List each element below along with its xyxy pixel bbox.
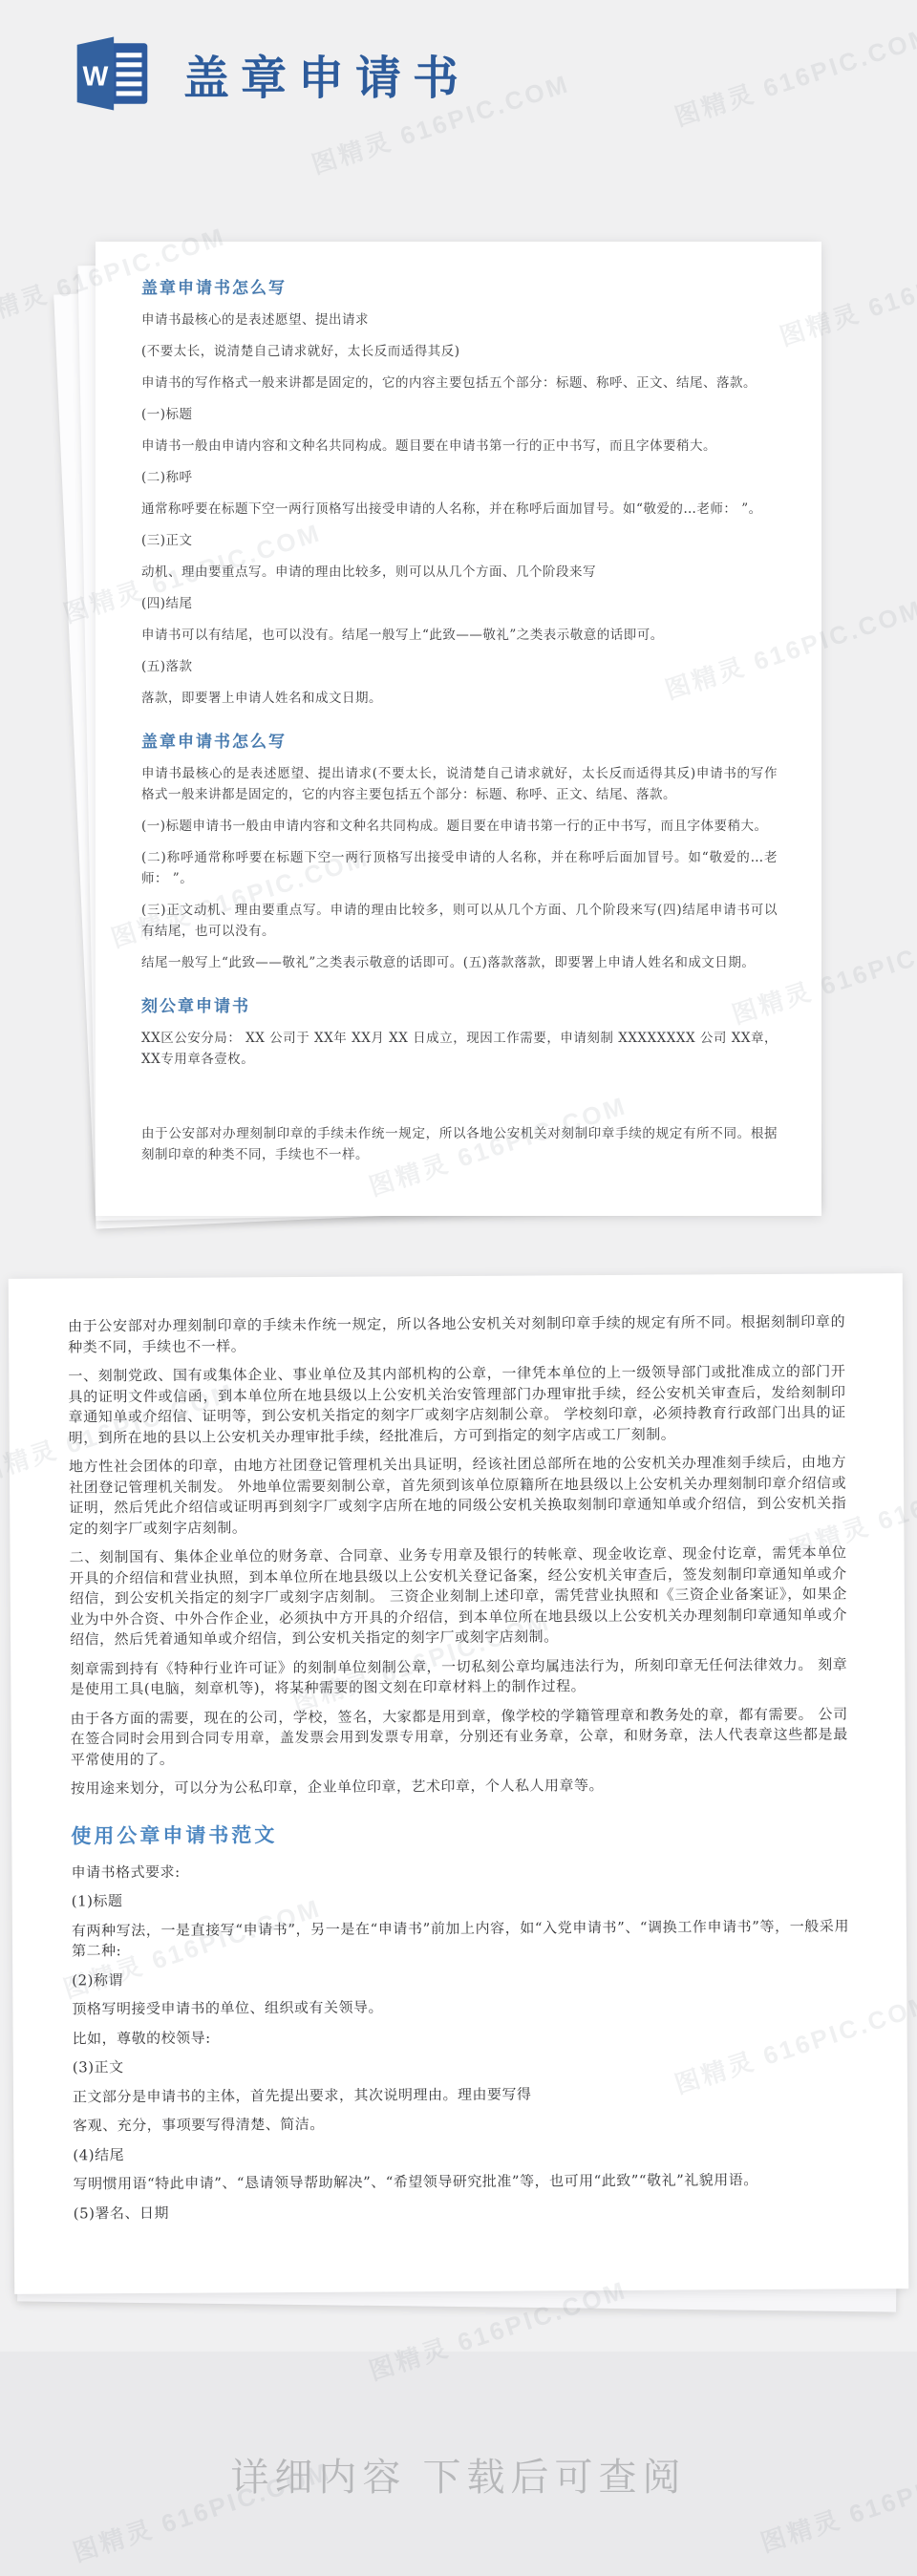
paragraph: 由于公安部对办理刻制印章的手续未作统一规定，所以各地公安机关对刻制印章手续的规定… (68, 1312, 845, 1358)
paragraph: (2)称谓 (72, 1966, 849, 1991)
paragraph: 申请书的写作格式一般来讲都是固定的，它的内容主要包括五个部分：标题、称呼、正文、… (141, 373, 778, 394)
section-heading: 刻公章申请书 (141, 992, 778, 1016)
paragraph: 申请书可以有结尾，也可以没有。结尾一般写上“此致——敬礼”之类表示敬意的话即可。 (141, 625, 778, 646)
page-header: W 盖章申请书 (0, 34, 917, 113)
paragraph: XX区公安分局： XX 公司于 XX年 XX月 XX 日成立，现因工作需要，申请… (141, 1028, 778, 1070)
paragraph: (三)正文 (141, 530, 778, 551)
paragraph: 落款，即要署上申请人姓名和成文日期。 (141, 688, 778, 709)
paragraph: (不要太长，说清楚自己请求就好，太长反而适得其反) (141, 341, 778, 362)
document-preview-sheet: 由于公安部对办理刻制印章的手续未作统一规定，所以各地公安机关对刻制印章手续的规定… (11, 1276, 906, 2291)
paragraph: 由于各方面的需要，现在的公司，学校，签名，大家都是用到章，像学校的学籍管理章和教… (71, 1704, 848, 1770)
paragraph: 正文部分是申请书的主体，首先提出要求，其次说明理由。理由要写得 (73, 2082, 850, 2107)
paragraph: 写明惯用语“特此申请”、“恳请领导帮助解决”、“希望领导研究批准”等，也可用“此… (73, 2170, 850, 2195)
paragraph: 二、刻制国有、集体企业单位的财务章、合同章、业务专用章及银行的转帐章、现金收讫章… (69, 1543, 847, 1650)
paragraph: 申请书最核心的是表述愿望、提出请求 (141, 309, 778, 330)
paragraph: 顶格写明接受申请书的单位、组织或有关领导。 (72, 1995, 849, 2020)
word-icon: W (71, 34, 159, 113)
paragraph: (五)落款 (141, 656, 778, 677)
paragraph: (三)正文动机、理由要重点写。申请的理由比较多，则可以从几个方面、几个阶段来写(… (141, 900, 778, 942)
section-heading: 盖章申请书怎么写 (141, 728, 778, 752)
paragraph: (二)称呼通常称呼要在标题下空一两行顶格写出接受申请的人名称，并在称呼后面加冒号… (141, 847, 778, 889)
section-heading: 使用公章申请书范文 (71, 1816, 848, 1849)
word-icon-letter: W (83, 62, 109, 93)
paragraph: 地方性社会团体的印章，由地方社团登记管理机关出具证明，经该社团总部所在地的公安机… (69, 1453, 847, 1540)
document-page-1: 盖章申请书怎么写申请书最核心的是表述愿望、提出请求(不要太长，说清楚自己请求就好… (96, 242, 821, 1216)
paragraph: 申请书格式要求: (71, 1858, 848, 1883)
footer-caption: 详细内容 下载后可查阅 (0, 2447, 917, 2501)
paragraph: 比如，尊敬的校领导: (73, 2024, 850, 2049)
paragraph: 刻章需到持有《特种行业许可证》的刻制单位刻制公章，一切私刻公章均属违法行为，所刻… (70, 1654, 847, 1700)
paragraph: 由于公安部对办理刻制印章的手续未作统一规定，所以各地公安机关对刻制印章手续的规定… (141, 1123, 778, 1165)
paragraph: 通常称呼要在标题下空一两行顶格写出接受申请的人名称，并在称呼后面加冒号。如“敬爱… (141, 499, 778, 520)
page-title: 盖章申请书 (183, 41, 470, 107)
paragraph: (四)结尾 (141, 593, 778, 614)
document-page-2: 由于公安部对办理刻制印章的手续未作统一规定，所以各地公安机关对刻制印章手续的规定… (9, 1273, 908, 2294)
paragraph: 申请书最核心的是表述愿望、提出请求(不要太长，说清楚自己请求就好，太长反而适得其… (141, 763, 778, 805)
paragraph: (1)标题 (72, 1887, 849, 1912)
paragraph: (4)结尾 (73, 2140, 850, 2165)
paragraph: (3)正文 (73, 2054, 850, 2078)
paragraph: (一)标题 (141, 404, 778, 425)
paragraph: 一、刻制党政、国有或集体企业、事业单位及其内部机构的公章，一律凭本单位的上一级领… (68, 1362, 846, 1449)
paragraph: 按用途来划分，可以分为公私印章，企业单位印章，艺术印章，个人私人用章等。 (71, 1775, 848, 1799)
paragraph: 客观、充分，事项要写得清楚、简洁。 (73, 2112, 850, 2137)
section-heading: 盖章申请书怎么写 (141, 274, 778, 298)
paragraph: (5)署名、日期 (74, 2199, 851, 2224)
paragraph: 动机、理由要重点写。申请的理由比较多，则可以从几个方面、几个阶段来写 (141, 562, 778, 583)
paragraph: 有两种写法，一是直接写“申请书”，另一是在“申请书”前加上内容，如“入党申请书”… (72, 1916, 849, 1962)
paragraph: (二)称呼 (141, 467, 778, 488)
paragraph: 结尾一般写上“此致——敬礼”之类表示敬意的话即可。(五)落款落款，即要署上申请人… (141, 952, 778, 973)
document-preview-card: 盖章申请书怎么写申请书最核心的是表述愿望、提出请求(不要太长，说清楚自己请求就好… (96, 242, 821, 1216)
paragraph: (一)标题申请书一般由申请内容和文种名共同构成。题目要在申请书第一行的正中书写，… (141, 816, 778, 837)
paragraph: 申请书一般由申请内容和文种名共同构成。题目要在申请书第一行的正中书写，而且字体要… (141, 436, 778, 457)
